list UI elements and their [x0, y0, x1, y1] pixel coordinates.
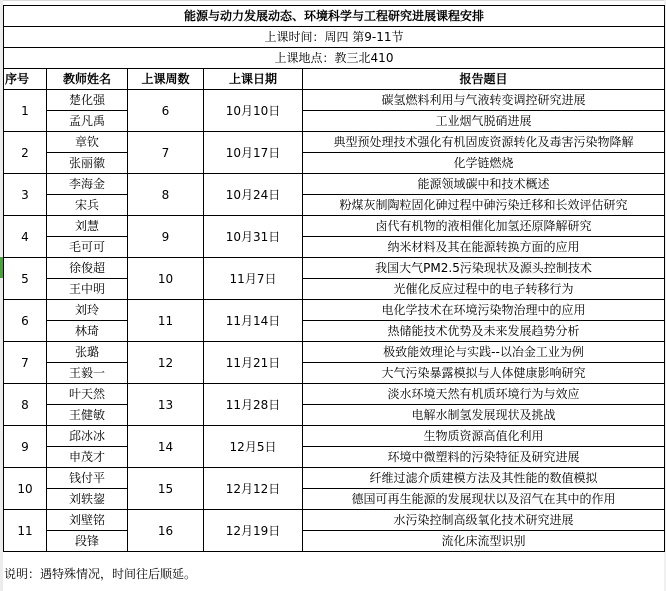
cell-topic[interactable]: 我国大气PM2.5污染现状及源头控制技术	[303, 258, 665, 279]
cell-topic[interactable]: 工业烟气脱硝进展	[303, 111, 665, 132]
course-schedule-table: 能源与动力发展动态、环境科学与工程研究进展课程安排 上课时间：周四 第9-11节…	[3, 5, 665, 552]
cell-teacher[interactable]: 李海金	[47, 174, 128, 195]
top-edge	[0, 0, 666, 1]
table-row: 9邱冰冰1412月5日生物质资源高值化利用	[4, 426, 665, 447]
cell-week[interactable]: 6	[128, 90, 204, 132]
cell-teacher[interactable]: 申茂才	[47, 447, 128, 468]
table-row: 10钱付平1512月12日纤维过滤介质建模方法及其性能的数值模拟	[4, 468, 665, 489]
table-row: 5徐俊超1011月7日我国大气PM2.5污染现状及源头控制技术	[4, 258, 665, 279]
cell-date[interactable]: 10月10日	[204, 90, 303, 132]
cell-topic[interactable]: 电解水制氢发展现状及挑战	[303, 405, 665, 426]
cell-date[interactable]: 11月14日	[204, 300, 303, 342]
cell-teacher[interactable]: 宋兵	[47, 195, 128, 216]
cell-teacher[interactable]: 刘玲	[47, 300, 128, 321]
note-text[interactable]: 说明：遇特殊情况，时间往后顺延。	[4, 566, 196, 582]
cell-topic[interactable]: 光催化反应过程中的电子转移行为	[303, 279, 665, 300]
table-row: 2章钦710月17日典型预处理技术强化有机固废资源转化及毒害污染物降解	[4, 132, 665, 153]
cell-teacher[interactable]: 王健敏	[47, 405, 128, 426]
table-row: 刘轶鋆德国可再生能源的发展现状以及沼气在其中的作用	[4, 489, 665, 510]
cell-teacher[interactable]: 林琦	[47, 321, 128, 342]
cell-no[interactable]: 4	[4, 216, 47, 258]
cell-date[interactable]: 11月7日	[204, 258, 303, 300]
header-row: 序号 教师姓名 上课周数 上课日期 报告题目	[4, 69, 665, 90]
cell-no[interactable]: 9	[4, 426, 47, 468]
cell-date[interactable]: 12月19日	[204, 510, 303, 552]
header-teacher[interactable]: 教师姓名	[47, 69, 128, 90]
table-row: 6刘玲1111月14日电化学技术在环境污染物治理中的应用	[4, 300, 665, 321]
cell-teacher[interactable]: 刘慧	[47, 216, 128, 237]
cell-topic[interactable]: 德国可再生能源的发展现状以及沼气在其中的作用	[303, 489, 665, 510]
cell-topic[interactable]: 碳氢燃料利用与气液转变调控研究进展	[303, 90, 665, 111]
header-week[interactable]: 上课周数	[128, 69, 204, 90]
cell-teacher[interactable]: 毛可可	[47, 237, 128, 258]
cell-teacher[interactable]: 章钦	[47, 132, 128, 153]
cell-topic[interactable]: 化学链燃烧	[303, 153, 665, 174]
cell-topic[interactable]: 粉煤灰制陶粒固化砷过程中砷污染迁移和长效评估研究	[303, 195, 665, 216]
cell-week[interactable]: 8	[128, 174, 204, 216]
table-row: 宋兵粉煤灰制陶粒固化砷过程中砷污染迁移和长效评估研究	[4, 195, 665, 216]
cell-no[interactable]: 1	[4, 90, 47, 132]
table-row: 王中明光催化反应过程中的电子转移行为	[4, 279, 665, 300]
cell-teacher[interactable]: 徐俊超	[47, 258, 128, 279]
cell-topic[interactable]: 电化学技术在环境污染物治理中的应用	[303, 300, 665, 321]
table-row: 3李海金810月24日能源领域碳中和技术概述	[4, 174, 665, 195]
cell-no[interactable]: 10	[4, 468, 47, 510]
table-row: 申茂才环境中微塑料的污染特征及研究进展	[4, 447, 665, 468]
cell-date[interactable]: 10月24日	[204, 174, 303, 216]
table-row: 林琦热储能技术优势及未来发展趋势分析	[4, 321, 665, 342]
cell-teacher[interactable]: 楚化强	[47, 90, 128, 111]
cell-topic[interactable]: 水污染控制高级氧化技术研究进展	[303, 510, 665, 531]
schedule-place[interactable]: 上课地点：教三北410	[4, 48, 665, 69]
table-row: 孟凡禹工业烟气脱硝进展	[4, 111, 665, 132]
cell-topic[interactable]: 能源领域碳中和技术概述	[303, 174, 665, 195]
cell-teacher[interactable]: 王中明	[47, 279, 128, 300]
table-row: 段锋流化床流型识别	[4, 531, 665, 552]
title-row: 能源与动力发展动态、环境科学与工程研究进展课程安排	[4, 6, 665, 27]
table-row: 1楚化强610月10日碳氢燃料利用与气液转变调控研究进展	[4, 90, 665, 111]
cell-date[interactable]: 11月21日	[204, 342, 303, 384]
place-row: 上课地点：教三北410	[4, 48, 665, 69]
table-row: 4刘慧910月31日卤代有机物的液相催化加氢还原降解研究	[4, 216, 665, 237]
table-row: 王毅一大气污染暴露模拟与人体健康影响研究	[4, 363, 665, 384]
cell-topic[interactable]: 生物质资源高值化利用	[303, 426, 665, 447]
cell-no[interactable]: 7	[4, 342, 47, 384]
header-no[interactable]: 序号	[4, 69, 47, 90]
table-row: 7张璐1211月21日极致能效理论与实践--以冶金工业为例	[4, 342, 665, 363]
cell-topic[interactable]: 流化床流型识别	[303, 531, 665, 552]
header-date[interactable]: 上课日期	[204, 69, 303, 90]
cell-week[interactable]: 16	[128, 510, 204, 552]
cell-topic[interactable]: 大气污染暴露模拟与人体健康影响研究	[303, 363, 665, 384]
cell-topic[interactable]: 纤维过滤介质建模方法及其性能的数值模拟	[303, 468, 665, 489]
cell-date[interactable]: 10月17日	[204, 132, 303, 174]
cell-topic[interactable]: 极致能效理论与实践--以冶金工业为例	[303, 342, 665, 363]
time-row: 上课时间：周四 第9-11节	[4, 27, 665, 48]
cell-date[interactable]: 10月31日	[204, 216, 303, 258]
cell-no[interactable]: 3	[4, 174, 47, 216]
cell-week[interactable]: 14	[128, 426, 204, 468]
table-row: 11刘壁铭1612月19日水污染控制高级氧化技术研究进展	[4, 510, 665, 531]
cell-teacher[interactable]: 张丽徽	[47, 153, 128, 174]
cell-no[interactable]: 6	[4, 300, 47, 342]
cell-week[interactable]: 15	[128, 468, 204, 510]
cell-week[interactable]: 11	[128, 300, 204, 342]
cell-teacher[interactable]: 叶天然	[47, 384, 128, 405]
cell-teacher[interactable]: 钱付平	[47, 468, 128, 489]
schedule-time[interactable]: 上课时间：周四 第9-11节	[4, 27, 665, 48]
table-row: 8叶天然1311月28日淡水环境天然有机质环境行为与效应	[4, 384, 665, 405]
cell-week[interactable]: 7	[128, 132, 204, 174]
cell-week[interactable]: 13	[128, 384, 204, 426]
cell-topic[interactable]: 环境中微塑料的污染特征及研究进展	[303, 447, 665, 468]
cell-topic[interactable]: 淡水环境天然有机质环境行为与效应	[303, 384, 665, 405]
cell-topic[interactable]: 热储能技术优势及未来发展趋势分析	[303, 321, 665, 342]
table-row: 王健敏电解水制氢发展现状及挑战	[4, 405, 665, 426]
cell-teacher[interactable]: 段锋	[47, 531, 128, 552]
cell-week[interactable]: 12	[128, 342, 204, 384]
cell-teacher[interactable]: 邱冰冰	[47, 426, 128, 447]
cell-no[interactable]: 5	[4, 258, 47, 300]
cell-week[interactable]: 9	[128, 216, 204, 258]
header-topic[interactable]: 报告题目	[303, 69, 665, 90]
spreadsheet-sheet: 能源与动力发展动态、环境科学与工程研究进展课程安排 上课时间：周四 第9-11节…	[0, 0, 666, 591]
cell-no[interactable]: 8	[4, 384, 47, 426]
table-row: 张丽徽化学链燃烧	[4, 153, 665, 174]
cell-topic[interactable]: 典型预处理技术强化有机固废资源转化及毒害污染物降解	[303, 132, 665, 153]
cell-topic[interactable]: 卤代有机物的液相催化加氢还原降解研究	[303, 216, 665, 237]
cell-teacher[interactable]: 孟凡禹	[47, 111, 128, 132]
cell-week[interactable]: 10	[128, 258, 204, 300]
cell-date[interactable]: 12月12日	[204, 468, 303, 510]
cell-teacher[interactable]: 王毅一	[47, 363, 128, 384]
cell-topic[interactable]: 纳米材料及其在能源转换方面的应用	[303, 237, 665, 258]
cell-teacher[interactable]: 刘轶鋆	[47, 489, 128, 510]
cell-date[interactable]: 11月28日	[204, 384, 303, 426]
schedule-title[interactable]: 能源与动力发展动态、环境科学与工程研究进展课程安排	[4, 6, 665, 27]
cell-teacher[interactable]: 张璐	[47, 342, 128, 363]
cell-no[interactable]: 2	[4, 132, 47, 174]
cell-no[interactable]: 11	[4, 510, 47, 552]
table-row: 毛可可纳米材料及其在能源转换方面的应用	[4, 237, 665, 258]
cell-teacher[interactable]: 刘壁铭	[47, 510, 128, 531]
cell-date[interactable]: 12月5日	[204, 426, 303, 468]
